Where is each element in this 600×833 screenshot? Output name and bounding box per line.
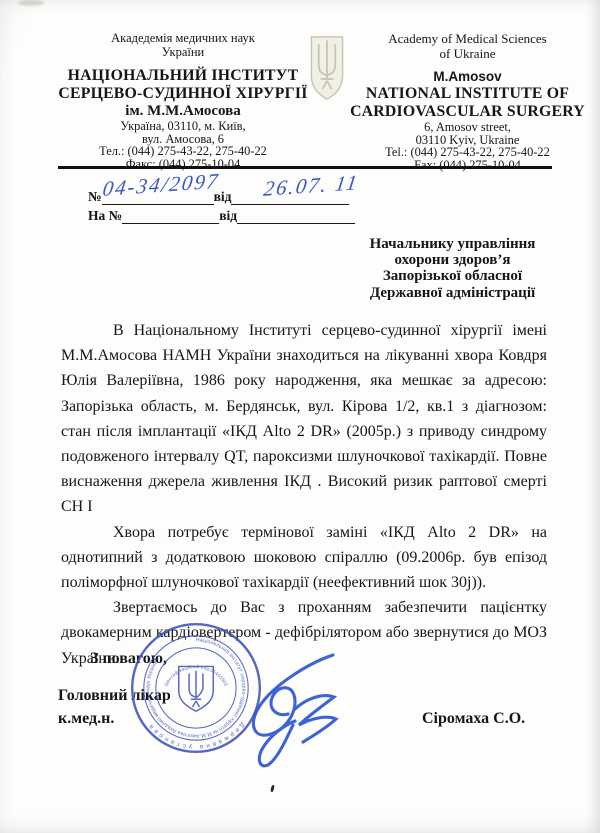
letterhead-english: Academy of Medical Sciences of Ukraine M…	[345, 31, 590, 171]
recipient-line-3: Запорізької обласної	[330, 268, 575, 284]
address-uk-1: Україна, 03110, м. Київ,	[38, 120, 328, 133]
letterhead-divider	[58, 166, 552, 169]
academy-country-uk: України	[38, 45, 328, 59]
ref-reply-row: На №від	[88, 208, 355, 224]
recipient-line-4: Державної адміністрації	[330, 285, 575, 301]
na-no-label: На №	[88, 208, 122, 223]
signature-ink	[233, 645, 355, 775]
ref-number-row: №від	[88, 189, 349, 205]
phone-en: Tel.: (044) 275-43-22, 275-40-22	[345, 146, 590, 159]
amosov-name: M.Amosov	[345, 69, 590, 85]
no-label: №	[88, 189, 102, 204]
letter-body: В Національному Інституті серцево-судинн…	[61, 318, 547, 671]
institute-name-uk-2: СЕРЦЕВО-СУДИННОЇ ХІРУРГІЇ	[38, 85, 328, 103]
ref-number-line	[102, 191, 214, 205]
stamp-trident-shield	[179, 666, 214, 711]
reply-number-line	[122, 210, 219, 224]
institute-name-en-1: NATIONAL INSTITUTE OF	[345, 85, 590, 103]
reply-date-line	[237, 210, 355, 224]
institute-name-uk-3: ім. М.М.Амосова	[38, 103, 328, 120]
paragraph-2: Хвора потребує термінової заміні «ІКД Al…	[61, 520, 547, 596]
academy-line-en: Academy of Medical Sciences	[345, 31, 590, 46]
recipient-line-1: Начальнику управління	[330, 236, 575, 252]
address-en-1: 6, Amosov street,	[345, 121, 590, 134]
institute-name-uk-1: НАЦІОНАЛЬНИЙ ІНСТИТУТ	[38, 67, 328, 85]
scan-speck	[270, 785, 275, 793]
paragraph-1: В Національному Інституті серцево-судинн…	[61, 318, 547, 520]
letterhead-ukrainian: Акадедемія медичних наук України НАЦІОНА…	[38, 31, 328, 170]
phone-uk: Тел.: (044) 275-43-22, 275-40-22	[38, 145, 328, 158]
recipient-line-2: охорони здоров’я	[330, 252, 575, 268]
ref-date-line	[231, 191, 349, 205]
ukraine-trident-watermark-icon	[308, 35, 346, 101]
scan-smudge	[18, 0, 44, 6]
vid-label-2: від	[219, 208, 237, 223]
academy-country-en: of Ukraine	[345, 46, 590, 61]
signer-name: Сіромаха С.О.	[422, 710, 525, 728]
institute-name-en-2: CARDIOVASCULAR SURGERY	[345, 103, 590, 121]
academy-line-uk: Акадедемія медичних наук	[38, 31, 328, 45]
scanned-letter-page: Акадедемія медичних наук України НАЦІОНА…	[0, 0, 600, 833]
recipient-block: Начальнику управління охорони здоров’я З…	[330, 236, 575, 301]
vid-label-1: від	[214, 189, 232, 204]
signer-title-2: к.мед.н.	[58, 710, 114, 728]
